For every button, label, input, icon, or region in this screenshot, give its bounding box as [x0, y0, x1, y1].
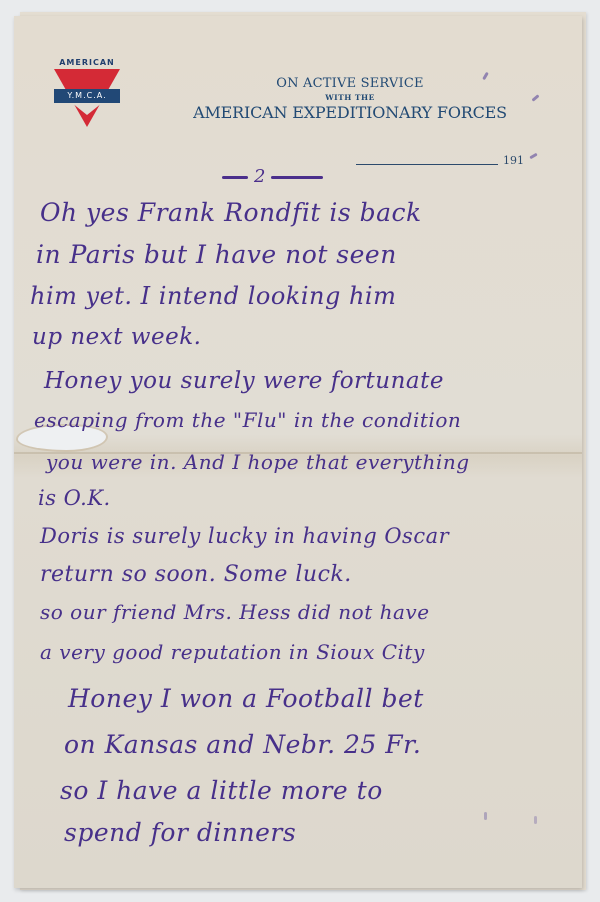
letter-line: Oh yes Frank Rondfit is back	[40, 198, 422, 227]
letter-line: so our friend Mrs. Hess did not have	[40, 600, 430, 624]
letter-line: up next week.	[32, 324, 201, 350]
ink-bleed-mark	[484, 812, 487, 820]
ymca-logo: AMERICAN Y.M.C.A.	[52, 58, 122, 127]
letter-line: Doris is surely lucky in having Oscar	[40, 524, 449, 548]
ymca-triangle-icon: Y.M.C.A.	[54, 69, 120, 127]
letter-line: a very good reputation in Sioux City	[40, 640, 425, 664]
letter-line: is O.K.	[38, 486, 111, 510]
letter-line: spend for dinners	[64, 818, 296, 847]
page-number: 2	[216, 166, 329, 187]
page-dash-right	[271, 176, 323, 179]
letter-line: so I have a little more to	[60, 776, 383, 805]
logo-ymca-band: Y.M.C.A.	[54, 89, 120, 103]
letter-line: in Paris but I have not seen	[36, 240, 397, 269]
letter-line: Honey I won a Football bet	[68, 684, 424, 713]
page-number-value: 2	[254, 166, 265, 187]
date-line	[356, 163, 498, 165]
letterhead-line3: AMERICAN EXPEDITIONARY FORCES	[180, 103, 520, 122]
letter-line: you were in. And I hope that everything	[46, 450, 470, 474]
letterhead-title: ON ACTIVE SERVICE WITH THE AMERICAN EXPE…	[180, 76, 520, 122]
letter-line: escaping from the "Flu" in the condition	[34, 408, 461, 432]
letterhead-line1: ON ACTIVE SERVICE	[180, 76, 520, 91]
letter-line: on Kansas and Nebr. 25 Fr.	[64, 730, 421, 759]
logo-american-text: AMERICAN	[52, 58, 122, 67]
ink-bleed-mark	[534, 816, 537, 824]
date-year: 191	[503, 154, 524, 167]
letter-line: him yet. I intend looking him	[30, 282, 396, 310]
letter-line: return so soon. Some luck.	[40, 562, 352, 587]
letter-line: Honey you surely were fortunate	[44, 368, 444, 394]
page-dash-left	[222, 176, 248, 179]
letterhead-line2: WITH THE	[180, 93, 520, 102]
